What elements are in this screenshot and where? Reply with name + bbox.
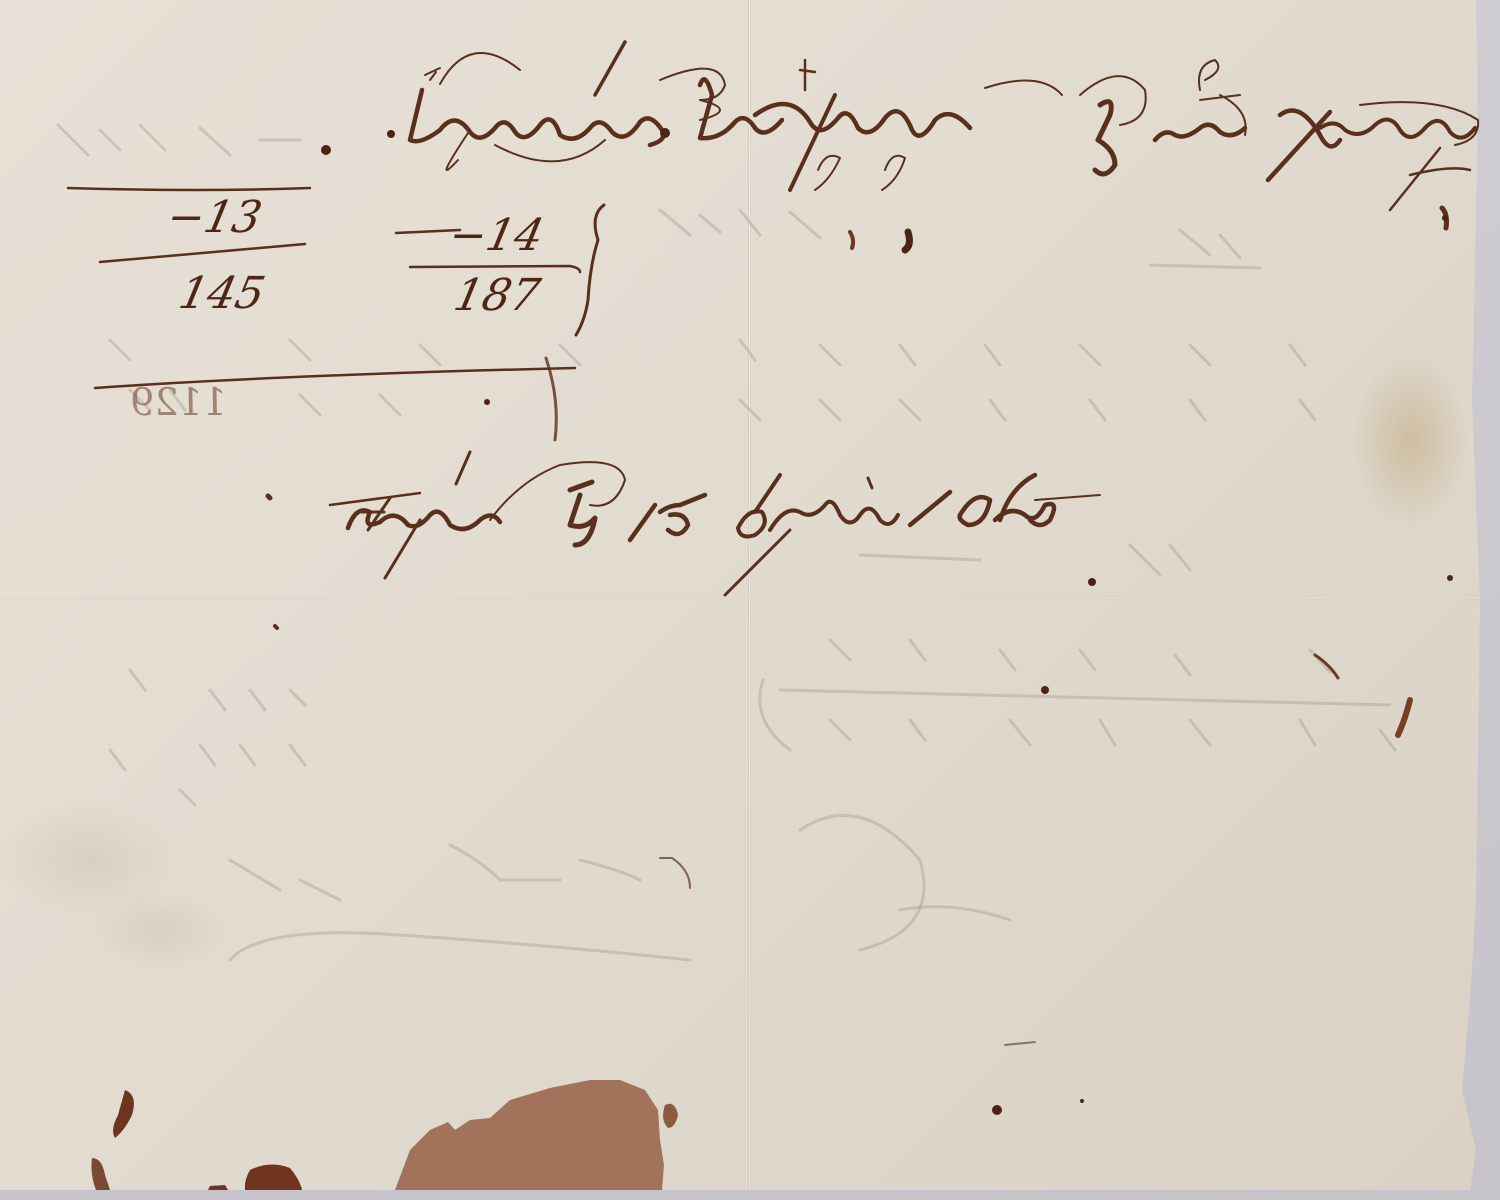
calc-right-result: 187 bbox=[450, 270, 545, 321]
calc-right-subtrahend: −14 bbox=[445, 210, 549, 261]
stains bbox=[0, 0, 1500, 1200]
bleed-through-total: 1129 bbox=[126, 380, 230, 424]
calc-left-subtrahend: −13 bbox=[163, 192, 267, 243]
calc-left-result: 145 bbox=[175, 268, 270, 319]
